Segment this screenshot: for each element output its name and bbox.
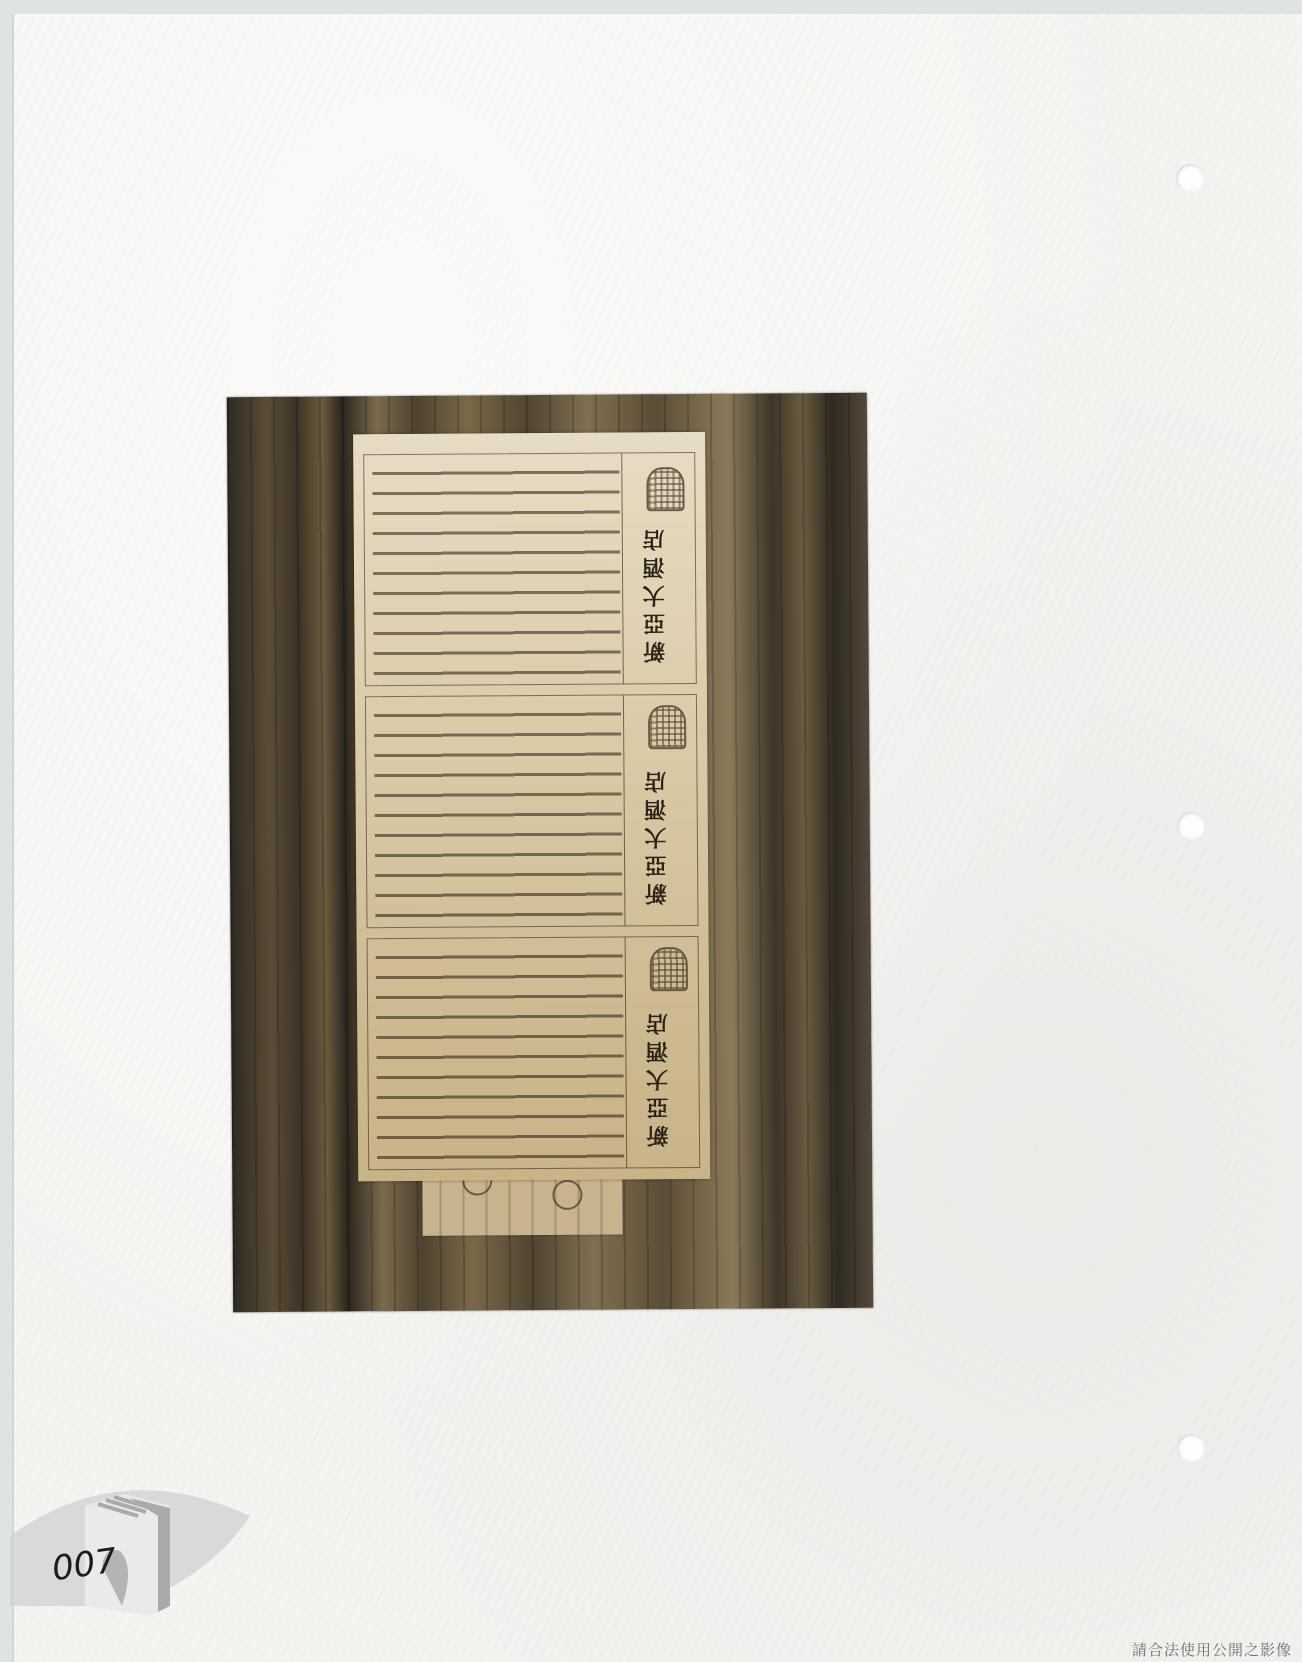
- masthead-title: 新亞大酒店: [640, 765, 689, 905]
- notice-section-1: 新亞大酒店: [363, 452, 697, 686]
- archive-logo-icon: [10, 1466, 250, 1636]
- emblem-icon: [648, 705, 686, 749]
- notice-section-3: 新亞大酒店: [367, 936, 701, 1170]
- punch-hole-bottom: [1177, 1434, 1205, 1462]
- punch-hole-top: [1176, 164, 1204, 192]
- emblem-icon: [650, 947, 688, 991]
- punch-hole-middle: [1177, 812, 1205, 840]
- archival-photograph: 新亞大酒店 新亞大酒店 新亞大酒店: [227, 393, 873, 1312]
- masthead-title: 新亞大酒店: [639, 523, 688, 663]
- masthead-title: 新亞大酒店: [642, 1007, 691, 1147]
- emblem-icon: [646, 467, 684, 511]
- text-lines: [374, 704, 622, 920]
- text-lines: [376, 945, 624, 1161]
- seal-icon: [552, 1180, 582, 1210]
- notice-section-2: 新亞大酒店: [365, 694, 699, 928]
- usage-notice: 請合法使用公開之影像: [1132, 1639, 1292, 1660]
- text-lines: [372, 462, 620, 678]
- notice-document: 新亞大酒店 新亞大酒店 新亞大酒店: [353, 432, 710, 1181]
